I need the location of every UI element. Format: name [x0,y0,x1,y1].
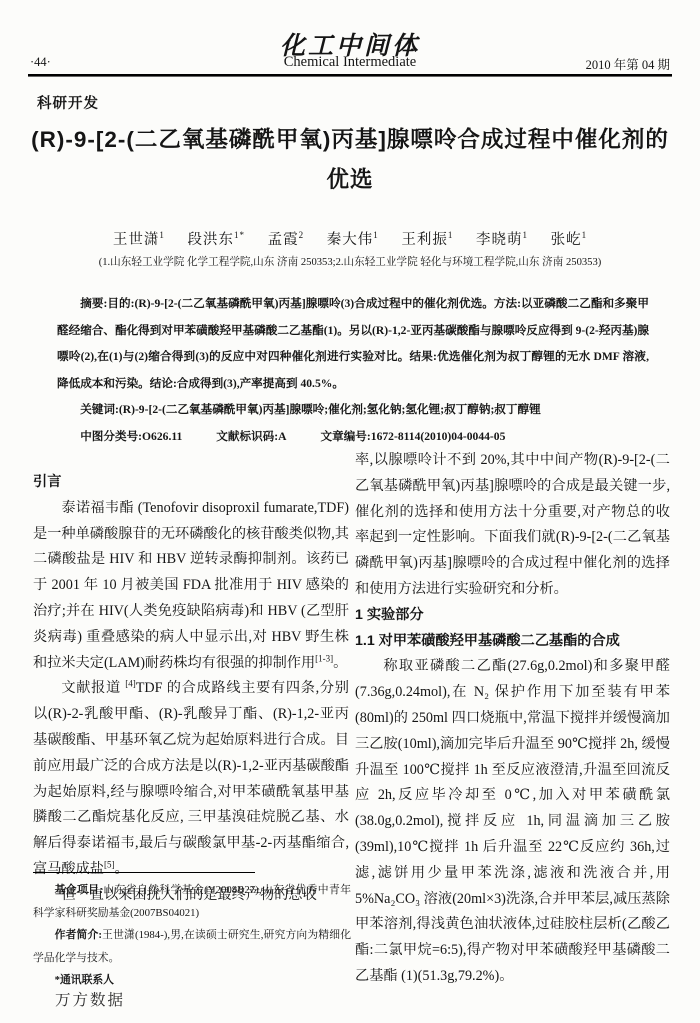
bio-label: 作者简介: [55,929,102,941]
footnote-block: 基金项目:山东省自然科学基金(Y2008B27),山东省优秀中青年科学家科研奖励… [33,872,351,992]
wanfang-watermark: 万方数据 [55,988,125,1010]
ref-citation-4: [4] [125,679,136,689]
right-column: 率,以腺嘌呤计不到 20%,其中中间产物(R)-9-[2-(二乙氧基磷酰甲氧)丙… [355,448,670,990]
continued-paragraph: 率,以腺嘌呤计不到 20%,其中中间产物(R)-9-[2-(二乙氧基磷酰甲氧)丙… [355,448,670,603]
article-title-line1: (R)-9-[2-(二乙氧基磷酰甲氧)丙基]腺嘌呤合成过程中催化剂的 [31,127,669,152]
author: 张屹1 [551,232,588,248]
keywords-label: 关键词: [80,403,119,416]
abstract-block: 摘要:目的:(R)-9-[2-(二乙氧基磷酰甲氧)丙基]腺嘌呤(3)合成过程中的… [57,291,649,450]
intro-paragraph-1: 泰诺福韦酯 (Tenofovir disoproxil fumarate,TDF… [33,496,349,677]
header-divider [28,74,672,77]
fund-note: 基金项目:山东省自然科学基金(Y2008B27),山东省优秀中青年科学家科研奖励… [33,879,351,924]
author: 王世潇1 [113,232,165,248]
keywords: 关键词:(R)-9-[2-(二乙氧基磷酰甲氧)丙基]腺嘌呤;催化剂;氢化钠;氢化… [57,397,649,424]
clc-label: 中图分类号: [80,430,142,443]
doc-code-value: A [278,430,286,443]
fund-label: 基金项目: [55,884,103,896]
abstract-text: 目的:(R)-9-[2-(二乙氧基磷酰甲氧)丙基]腺嘌呤(3)合成过程中的催化剂… [57,297,649,390]
author: 李晓萌1 [476,232,528,248]
author: 秦大伟1 [327,232,379,248]
article-title: (R)-9-[2-(二乙氧基磷酰甲氧)丙基]腺嘌呤合成过程中催化剂的 优选 [30,120,670,200]
left-column: 引言 泰诺福韦酯 (Tenofovir disoproxil fumarate,… [33,448,349,868]
section-1-heading: 1 实验部分 [355,603,670,629]
keywords-text: (R)-9-[2-(二乙氧基磷酰甲氧)丙基]腺嘌呤;催化剂;氢化钠;氢化锂;叔丁… [119,403,541,416]
abstract: 摘要:目的:(R)-9-[2-(二乙氧基磷酰甲氧)丙基]腺嘌呤(3)合成过程中的… [57,291,649,397]
affiliation: (1.山东轻工业学院 化学工程学院,山东 济南 250353;2.山东轻工业学院… [0,254,700,269]
ref-citation-1-3: [1-3] [315,653,333,663]
article-id-value: 1672-8114(2010)04-0044-05 [371,430,506,443]
classification-row: 中图分类号:O626.11文献标识码:A文章编号:1672-8114(2010)… [57,424,649,451]
journal-page: 化工中间体 Chemical Intermediate ·44· 2010 年第… [0,0,700,1023]
author-bio-note: 作者简介:王世潇(1984-),男,在读硕士研究生,研究方向为精细化学品化学与技… [33,924,351,969]
page-number: ·44· [30,55,51,70]
article-id-label: 文章编号: [321,430,371,443]
author: 孟霞2 [268,232,305,248]
intro-paragraph-2: 文献报道 [4]TDF 的合成路线主要有四条,分别以(R)-2-乳酸甲酯、(R)… [33,676,349,882]
section-label: 科研开发 [37,92,99,113]
author-list: 王世潇1 段洪东1* 孟霞2 秦大伟1 王利振1 李晓萌1 张屹1 [0,228,700,249]
intro-heading: 引言 [33,470,349,496]
ref-citation-5: [5] [104,859,115,869]
author: 段洪东1* [188,232,246,248]
issue-label: 2010 年第 04 期 [586,55,670,73]
author: 王利振1 [401,232,453,248]
clc-value: O626.11 [142,430,182,443]
doc-code-label: 文献标识码: [216,430,278,443]
article-title-line2: 优选 [326,167,373,192]
section-1-1-heading: 1.1 对甲苯磺酸羟甲基磷酸二乙基酯的合成 [355,629,670,655]
abstract-label: 摘要: [80,297,107,310]
footnote-divider [33,872,255,873]
experiment-paragraph: 称取亚磷酸二乙酯(27.6g,0.2mol)和多聚甲醛(7.36g,0.24mo… [355,654,670,989]
